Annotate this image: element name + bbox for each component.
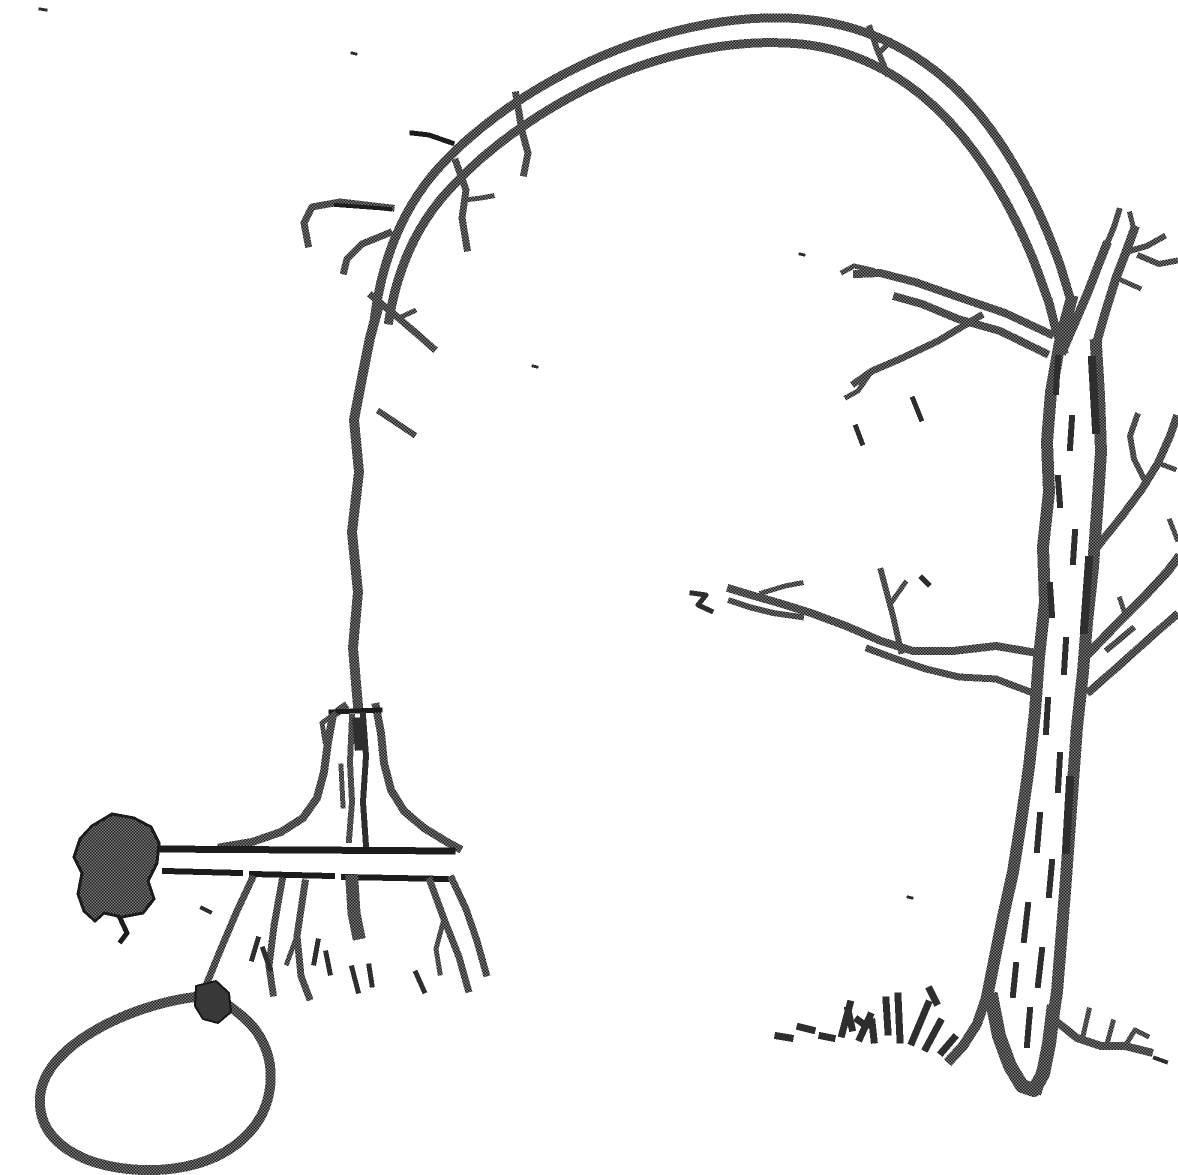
tree-edge-stub (1170, 521, 1177, 539)
snare-knot (195, 981, 231, 1023)
root-tuft (352, 968, 358, 991)
tree-up-twig-fork (891, 583, 905, 603)
tree-left-branch-upper (857, 273, 1050, 334)
tree-top-twig (1121, 280, 1139, 288)
tree-long-left-branch-lower (869, 649, 1033, 693)
tree-right-branch (1098, 419, 1176, 546)
bent-sapling (304, 18, 1071, 706)
tree-right-branch-fork (1130, 416, 1146, 483)
tree-branch-dash (856, 427, 862, 443)
stump-left-edge (222, 707, 344, 847)
tree-left-branch-fork (855, 316, 980, 383)
sapling-hanging-twig-fork (465, 196, 492, 200)
sapling-stump (222, 707, 458, 848)
snare-loop-assembly (40, 981, 271, 1170)
tree-top-twig (1106, 211, 1119, 246)
sapling-branch-stub (412, 133, 452, 143)
root-strand (269, 881, 282, 993)
stump-right-edge (376, 707, 458, 848)
stump-bark-texture (363, 715, 366, 846)
stump-rim (331, 710, 380, 712)
tree-root-twig (1125, 1030, 1147, 1046)
tree-root-dash (1155, 1058, 1166, 1062)
anchor-bundle-tail (120, 918, 127, 941)
root-strand (297, 883, 309, 997)
sapling-branch (380, 412, 413, 434)
anchor-bar-top-line (158, 849, 452, 851)
sapling-trunk (352, 312, 377, 706)
anchor-bundle-speck (202, 908, 210, 912)
standing-tree (692, 211, 1177, 1090)
tree-long-left-branch-upper (731, 589, 1037, 653)
sapling-branch-fork (399, 311, 414, 318)
tree-branch-dash (913, 399, 921, 419)
root-fork (436, 919, 444, 973)
tree-branch-tip-zigzag (692, 593, 711, 611)
stump-bark-texture (341, 766, 343, 806)
snare-loop (40, 996, 271, 1170)
anchor-bar-lower-line (252, 874, 332, 876)
ground-grass (778, 990, 954, 1052)
speck-dots (40, 9, 912, 898)
root-tuft (369, 966, 372, 985)
tree-branch-tip-fragment (762, 583, 801, 593)
root-stake (352, 881, 358, 933)
tree-left-root (951, 992, 988, 1059)
tree-right-branch-upper-line (1086, 559, 1177, 656)
anchor-bar-assembly (74, 814, 452, 941)
sapling-branch (372, 296, 433, 348)
sapling-roots (205, 879, 486, 999)
tree-root-twig (1107, 1022, 1113, 1044)
tree-root-twig (1083, 1010, 1089, 1036)
stump-bark-texture (349, 717, 352, 840)
tree-right-root (1057, 1022, 1149, 1052)
tree-branch-dot (922, 578, 928, 584)
scan-specks (40, 9, 912, 898)
root-tuft (416, 973, 424, 991)
anchor-bundle (74, 814, 159, 921)
tree-right-branch-twig (1158, 463, 1174, 469)
grass-tufts (778, 990, 954, 1052)
anchor-bar-lower-line (165, 871, 240, 873)
tree-top-twig (1140, 256, 1175, 264)
stump-bark-texture (357, 722, 359, 746)
sketch-canvas (0, 0, 1178, 1175)
sketch-page (0, 0, 1178, 1175)
